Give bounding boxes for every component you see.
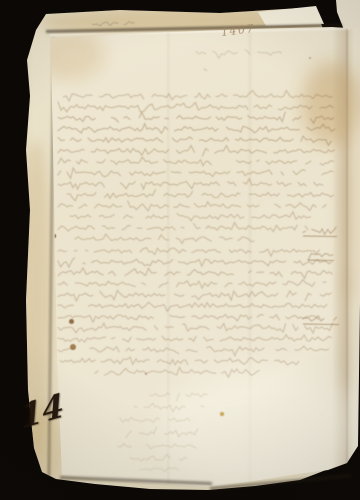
bleedthrough-line [196, 50, 281, 59]
bleedthrough-line [70, 212, 311, 221]
margin-note-underline [303, 236, 337, 237]
bleedthrough-line [75, 234, 260, 243]
bleedthrough-line [140, 468, 178, 472]
bleedthrough-line [58, 124, 335, 134]
bleedthrough-line [58, 157, 333, 165]
bleedthrough-line [150, 393, 207, 401]
bleedthrough-line [204, 69, 207, 71]
bleedthrough-line [58, 335, 331, 342]
bleedthrough-line [58, 112, 334, 123]
bleedthrough-line [58, 223, 308, 232]
bleedthrough-line [58, 315, 319, 323]
bleedthrough-line [130, 454, 187, 461]
bleedthrough-line [58, 290, 331, 301]
bleedthrough-line [58, 136, 331, 145]
bleedthrough-line [58, 258, 331, 268]
bleedthrough-line [58, 323, 333, 333]
bleedthrough-line [58, 102, 333, 112]
bleedthrough-line [58, 146, 334, 156]
bleedthrough-line [60, 357, 307, 365]
bleedthrough-line [58, 168, 333, 179]
bleedthrough-line [58, 248, 319, 257]
bleedthrough-line [63, 91, 332, 101]
bleedthrough-line [95, 367, 259, 377]
manuscript-scan: 1407 14 [0, 0, 360, 500]
bleedthrough-line [92, 21, 134, 26]
bleedthrough-line [134, 403, 204, 412]
bleedthrough-line [58, 302, 327, 311]
bleedthrough-line [120, 417, 190, 422]
bleedthrough-line [58, 268, 332, 279]
bleedthrough-line [58, 201, 326, 211]
bleedthrough-line [58, 179, 332, 190]
bleedthrough-line [58, 280, 326, 289]
bleedthrough-line [126, 427, 198, 438]
bleedthrough-line [58, 346, 329, 356]
margin-note-underline [303, 324, 339, 325]
bleedthrough-line [118, 444, 196, 450]
bleedthrough-line [303, 227, 336, 234]
bleedthrough-line [308, 254, 333, 261]
margin-note-underline [308, 260, 334, 261]
bleedthrough-line [67, 190, 333, 201]
